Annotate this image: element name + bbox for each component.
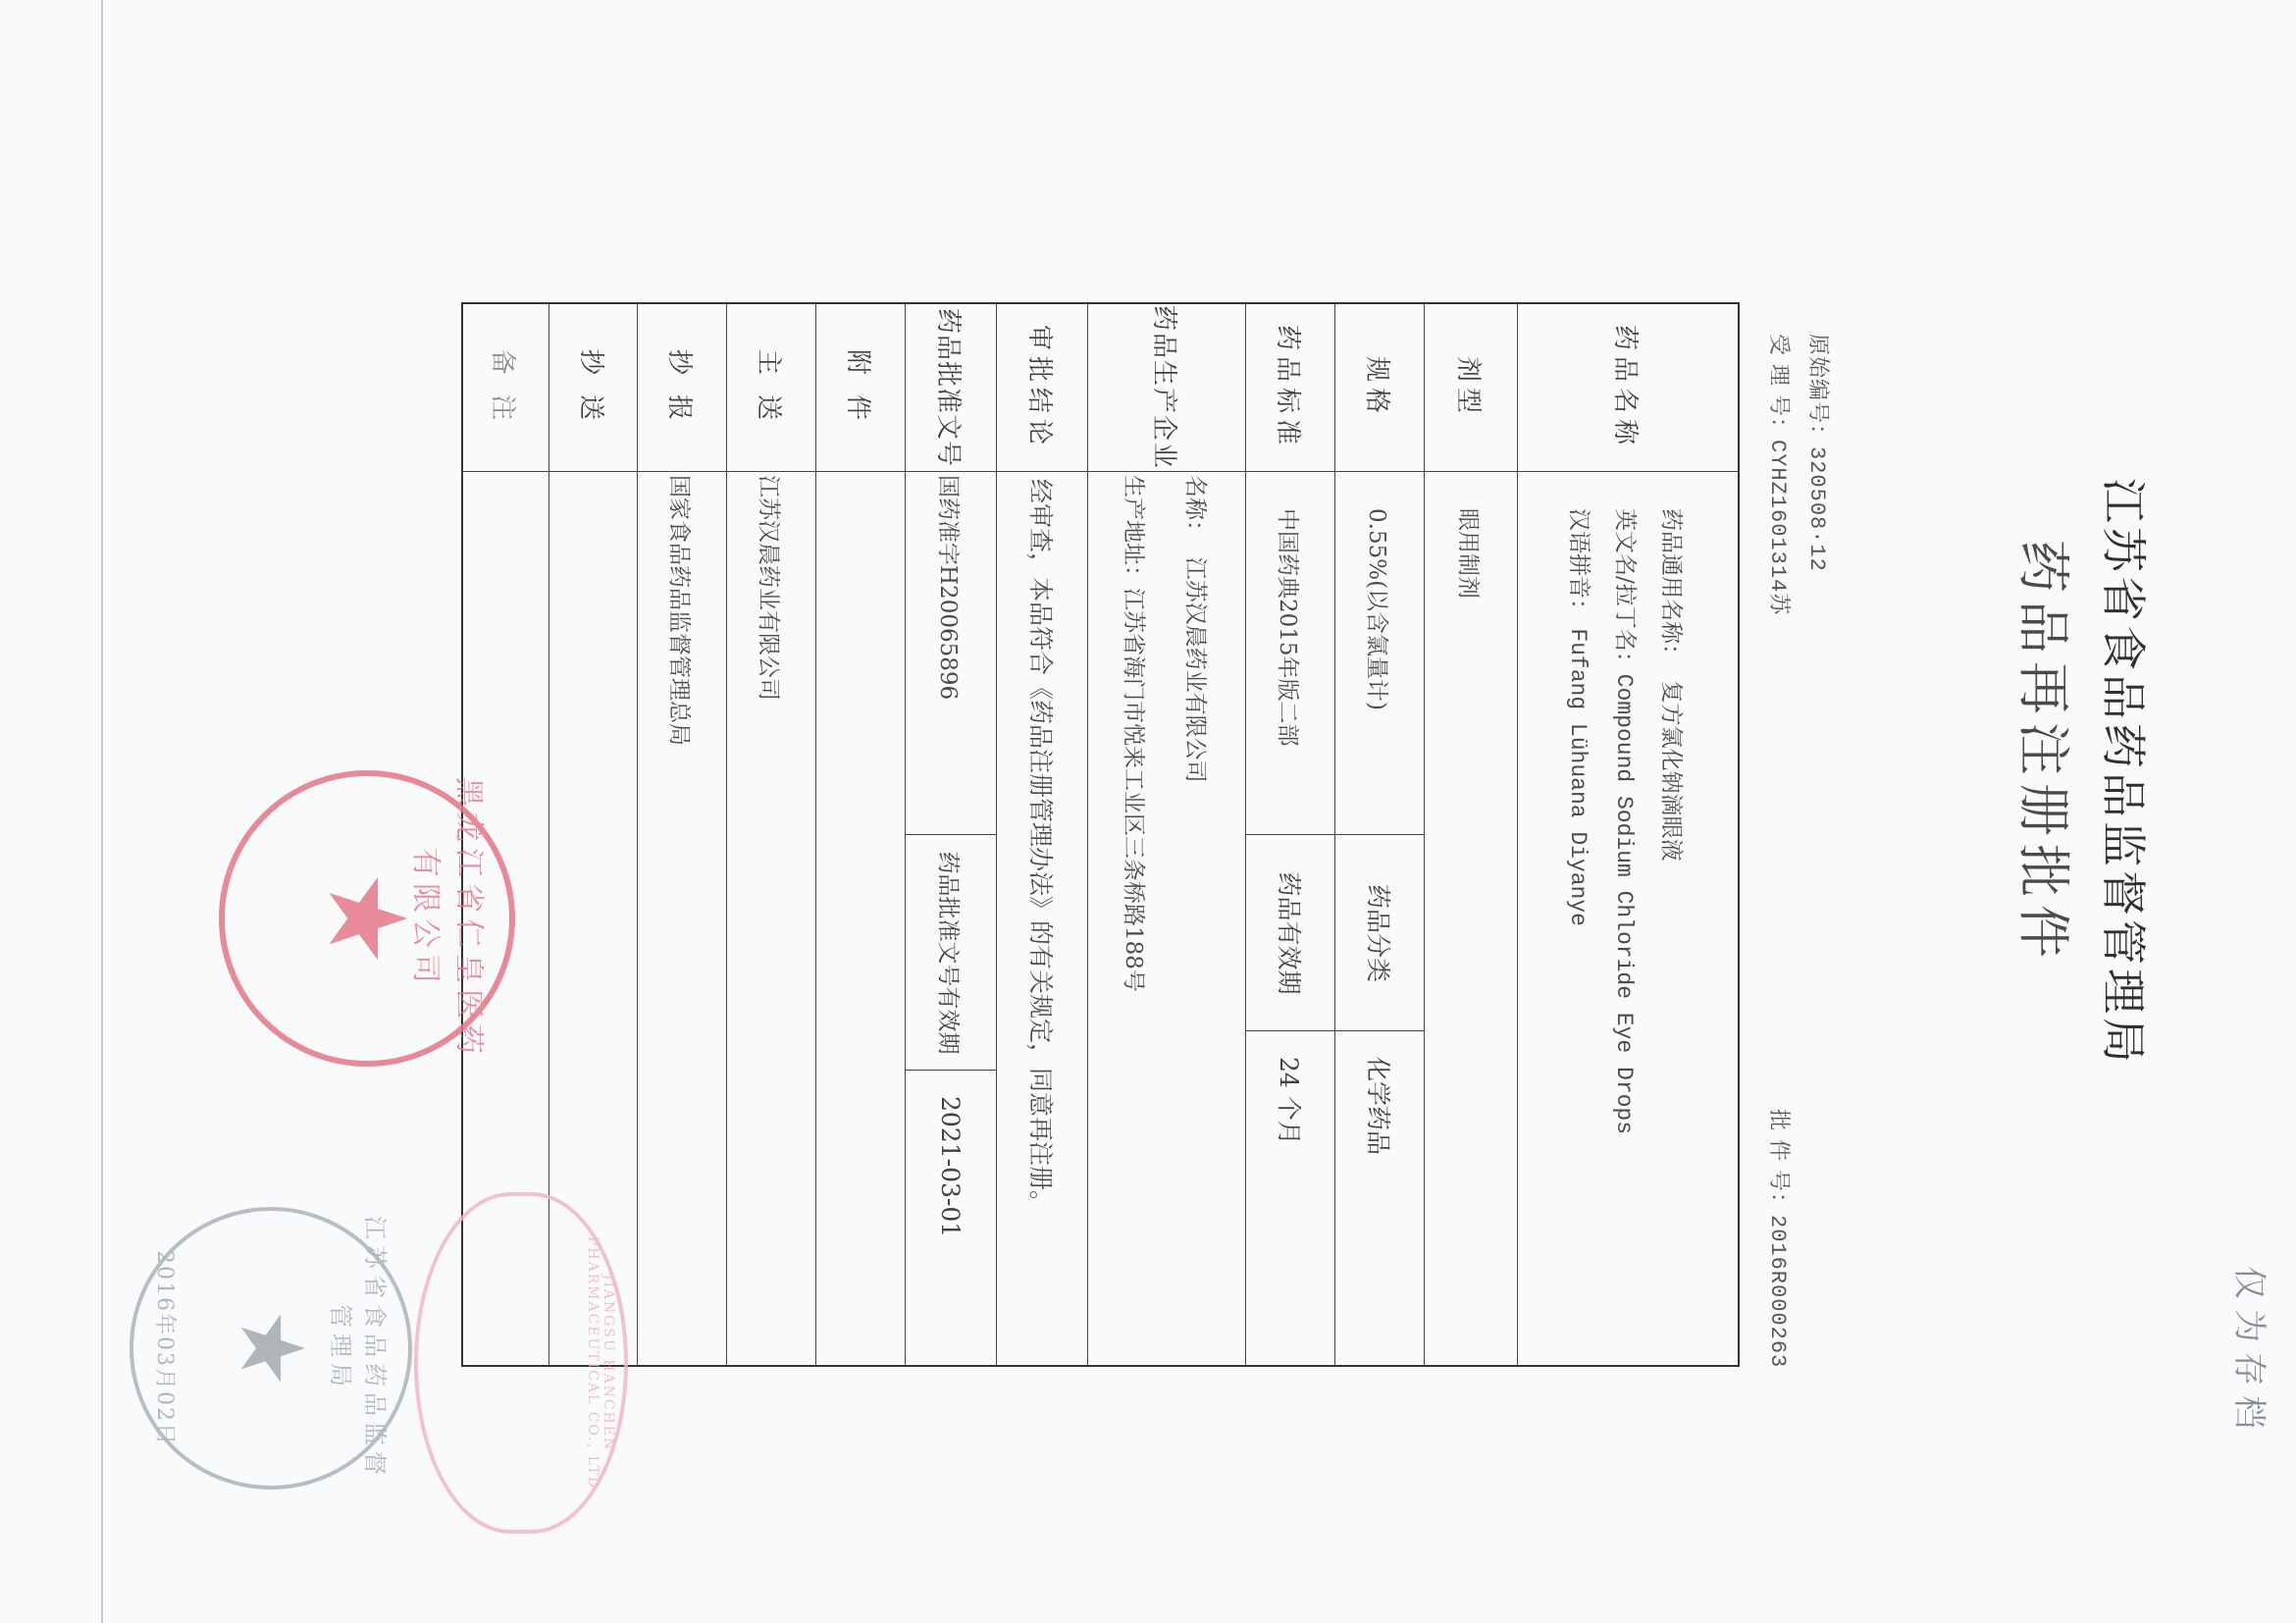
red-seal-text: 黑龙江省仁皇医药有限公司 — [407, 776, 494, 1061]
approval-doc-number-value: 国药准字H20065896 — [906, 471, 996, 830]
acceptance-number-value: CYHZ1601314苏 — [1765, 440, 1790, 615]
approval-validity-label: 药品批准文号有效期 — [906, 834, 996, 1071]
shelf-life-value: 24 个月 — [1246, 1030, 1334, 1365]
specification-label: 规格 — [1335, 304, 1424, 472]
standard-label: 药品标准 — [1246, 304, 1334, 472]
generic-name-label: 药品通用名称： — [1659, 508, 1685, 666]
category-value: 化学药品 — [1335, 1030, 1424, 1365]
approval-number-label: 批 件 号： — [1766, 1109, 1791, 1215]
manufacturer-name-label: 名称： — [1182, 475, 1208, 543]
gray-official-seal: ★ 江苏省食品药品监督管理局 2016年03月02日 — [130, 1207, 412, 1490]
attachments-value — [816, 471, 905, 1365]
gray-seal-date: 2016年03月02日 — [151, 1211, 182, 1486]
drug-name-label: 药品名称 — [1518, 304, 1738, 472]
manufacturer-address-value: 江苏省海门市悦来工业区三条桥路188号 — [1121, 588, 1146, 992]
manufacturer-label: 药品生产企业 — [1088, 304, 1245, 472]
approval-validity-value: 2021-03-01 — [906, 1070, 996, 1365]
row-attachments: 附 件 — [815, 304, 905, 1365]
specification-value: 0.55%(以含氯量计) — [1335, 471, 1424, 830]
row-approval-number: 药品批准文号 国药准字H20065896 药品批准文号有效期 2021-03-0… — [905, 304, 996, 1365]
row-main-recipient: 主 送 江苏汉晨药业有限公司 — [726, 304, 815, 1365]
acceptance-number: 受 理 号：CYHZ1601314苏 — [1765, 334, 1796, 615]
english-name-value: Compound Sodium Chloride Eye Drops — [1612, 674, 1638, 1134]
category-label: 药品分类 — [1335, 834, 1424, 1031]
approval-number: 批 件 号：2016R000263 — [1765, 1109, 1796, 1368]
star-icon: ★ — [313, 870, 421, 968]
report-to-label: 抄 报 — [638, 304, 726, 472]
star-icon: ★ — [227, 1309, 315, 1388]
row-standard: 药品标准 中国药典2015年版二部 药品有效期 24 个月 — [1245, 304, 1334, 1365]
row-manufacturer: 药品生产企业 名称： 江苏汉晨药业有限公司 生产地址：江苏省海门市悦来工业区三条… — [1087, 304, 1245, 1365]
registration-table: 药品名称 药品通用名称： 复方氯化钠滴眼液 英文名/拉丁名：Compound S… — [461, 302, 1740, 1367]
report-to-value: 国家食品药品监督管理总局 — [638, 471, 726, 1365]
red-company-seal: ★ 黑龙江省仁皇医药有限公司 — [219, 770, 515, 1067]
original-number: 原始编号：320508·12 — [1804, 334, 1835, 572]
row-report-to: 抄 报 国家食品药品监督管理总局 — [637, 304, 726, 1365]
pinyin-value: Fufang Lühuana Diyanye — [1566, 628, 1592, 926]
main-recipient-value: 江苏汉晨药业有限公司 — [727, 471, 815, 1365]
approval-doc-number-label: 药品批准文号 — [906, 304, 996, 472]
dosage-form-value: 眼用制剂 — [1425, 471, 1517, 1365]
dosage-form-label: 剂型 — [1425, 304, 1517, 472]
row-conclusion: 审批结论 经审查，本品符合《药品注册管理办法》的有关规定，同意再注册。 — [996, 304, 1087, 1365]
pinyin-label: 汉语拼音： — [1567, 508, 1592, 621]
gray-seal-text: 江苏省食品药品监督管理局 — [326, 1211, 394, 1486]
drug-name-values: 药品通用名称： 复方氯化钠滴眼液 英文名/拉丁名：Compound Sodium… — [1518, 471, 1738, 1365]
conclusion-value: 经审查，本品符合《药品注册管理办法》的有关规定，同意再注册。 — [997, 471, 1087, 1365]
issuing-agency: 江苏省食品药品监督管理局 — [2094, 0, 2159, 1584]
document-page: 江苏省食品药品监督管理局 药品再注册批件 原始编号：320508·12 受 理 … — [0, 0, 2296, 1623]
approval-number-value: 2016R000263 — [1765, 1215, 1790, 1368]
manufacturer-name-value: 江苏汉晨药业有限公司 — [1182, 557, 1208, 783]
row-drug-name: 药品名称 药品通用名称： 复方氯化钠滴眼液 英文名/拉丁名：Compound S… — [1517, 304, 1738, 1365]
copy-to-label: 抄 送 — [549, 304, 637, 472]
english-name-label: 英文名/拉丁名： — [1613, 508, 1639, 674]
original-number-value: 320508·12 — [1804, 446, 1829, 572]
manufacturer-name: 名称： 江苏汉晨药业有限公司 — [1181, 475, 1214, 1365]
remarks-label: 备 注 — [461, 304, 548, 472]
scan-edge-line — [101, 0, 103, 1623]
generic-name: 药品通用名称： 复方氯化钠滴眼液 — [1658, 508, 1691, 1365]
main-recipient-label: 主 送 — [727, 304, 815, 472]
shelf-life-label: 药品有效期 — [1246, 834, 1334, 1031]
generic-name-value: 复方氯化钠滴眼液 — [1659, 681, 1685, 862]
standard-value: 中国药典2015年版二部 — [1246, 471, 1334, 830]
acceptance-number-label: 受 理 号： — [1766, 334, 1791, 440]
conclusion-label: 审批结论 — [997, 304, 1087, 472]
pinyin-name: 汉语拼音： Fufang Lühuana Diyanye — [1566, 508, 1598, 1365]
pink-seal-text: JIANGSU HANCHEN PHARMACEUTICAL CO., LTD — [585, 1206, 616, 1520]
handwritten-note: 仅为存档 — [2228, 1266, 2276, 1439]
row-dosage-form: 剂型 眼用制剂 — [1424, 304, 1517, 1365]
manufacturer-values: 名称： 江苏汉晨药业有限公司 生产地址：江苏省海门市悦来工业区三条桥路188号 — [1088, 471, 1245, 1365]
original-number-label: 原始编号： — [1805, 334, 1830, 446]
manufacturer-address-label: 生产地址： — [1121, 475, 1146, 588]
pink-company-seal: JIANGSU HANCHEN PHARMACEUTICAL CO., LTD — [414, 1192, 628, 1534]
manufacturer-address: 生产地址：江苏省海门市悦来工业区三条桥路188号 — [1120, 475, 1152, 1365]
row-specification: 规格 0.55%(以含氯量计) 药品分类 化学药品 — [1334, 304, 1424, 1365]
document-title: 药品再注册批件 — [2009, 0, 2085, 1564]
attachments-label: 附 件 — [816, 304, 905, 472]
english-name: 英文名/拉丁名：Compound Sodium Chloride Eye Dro… — [1612, 508, 1644, 1365]
